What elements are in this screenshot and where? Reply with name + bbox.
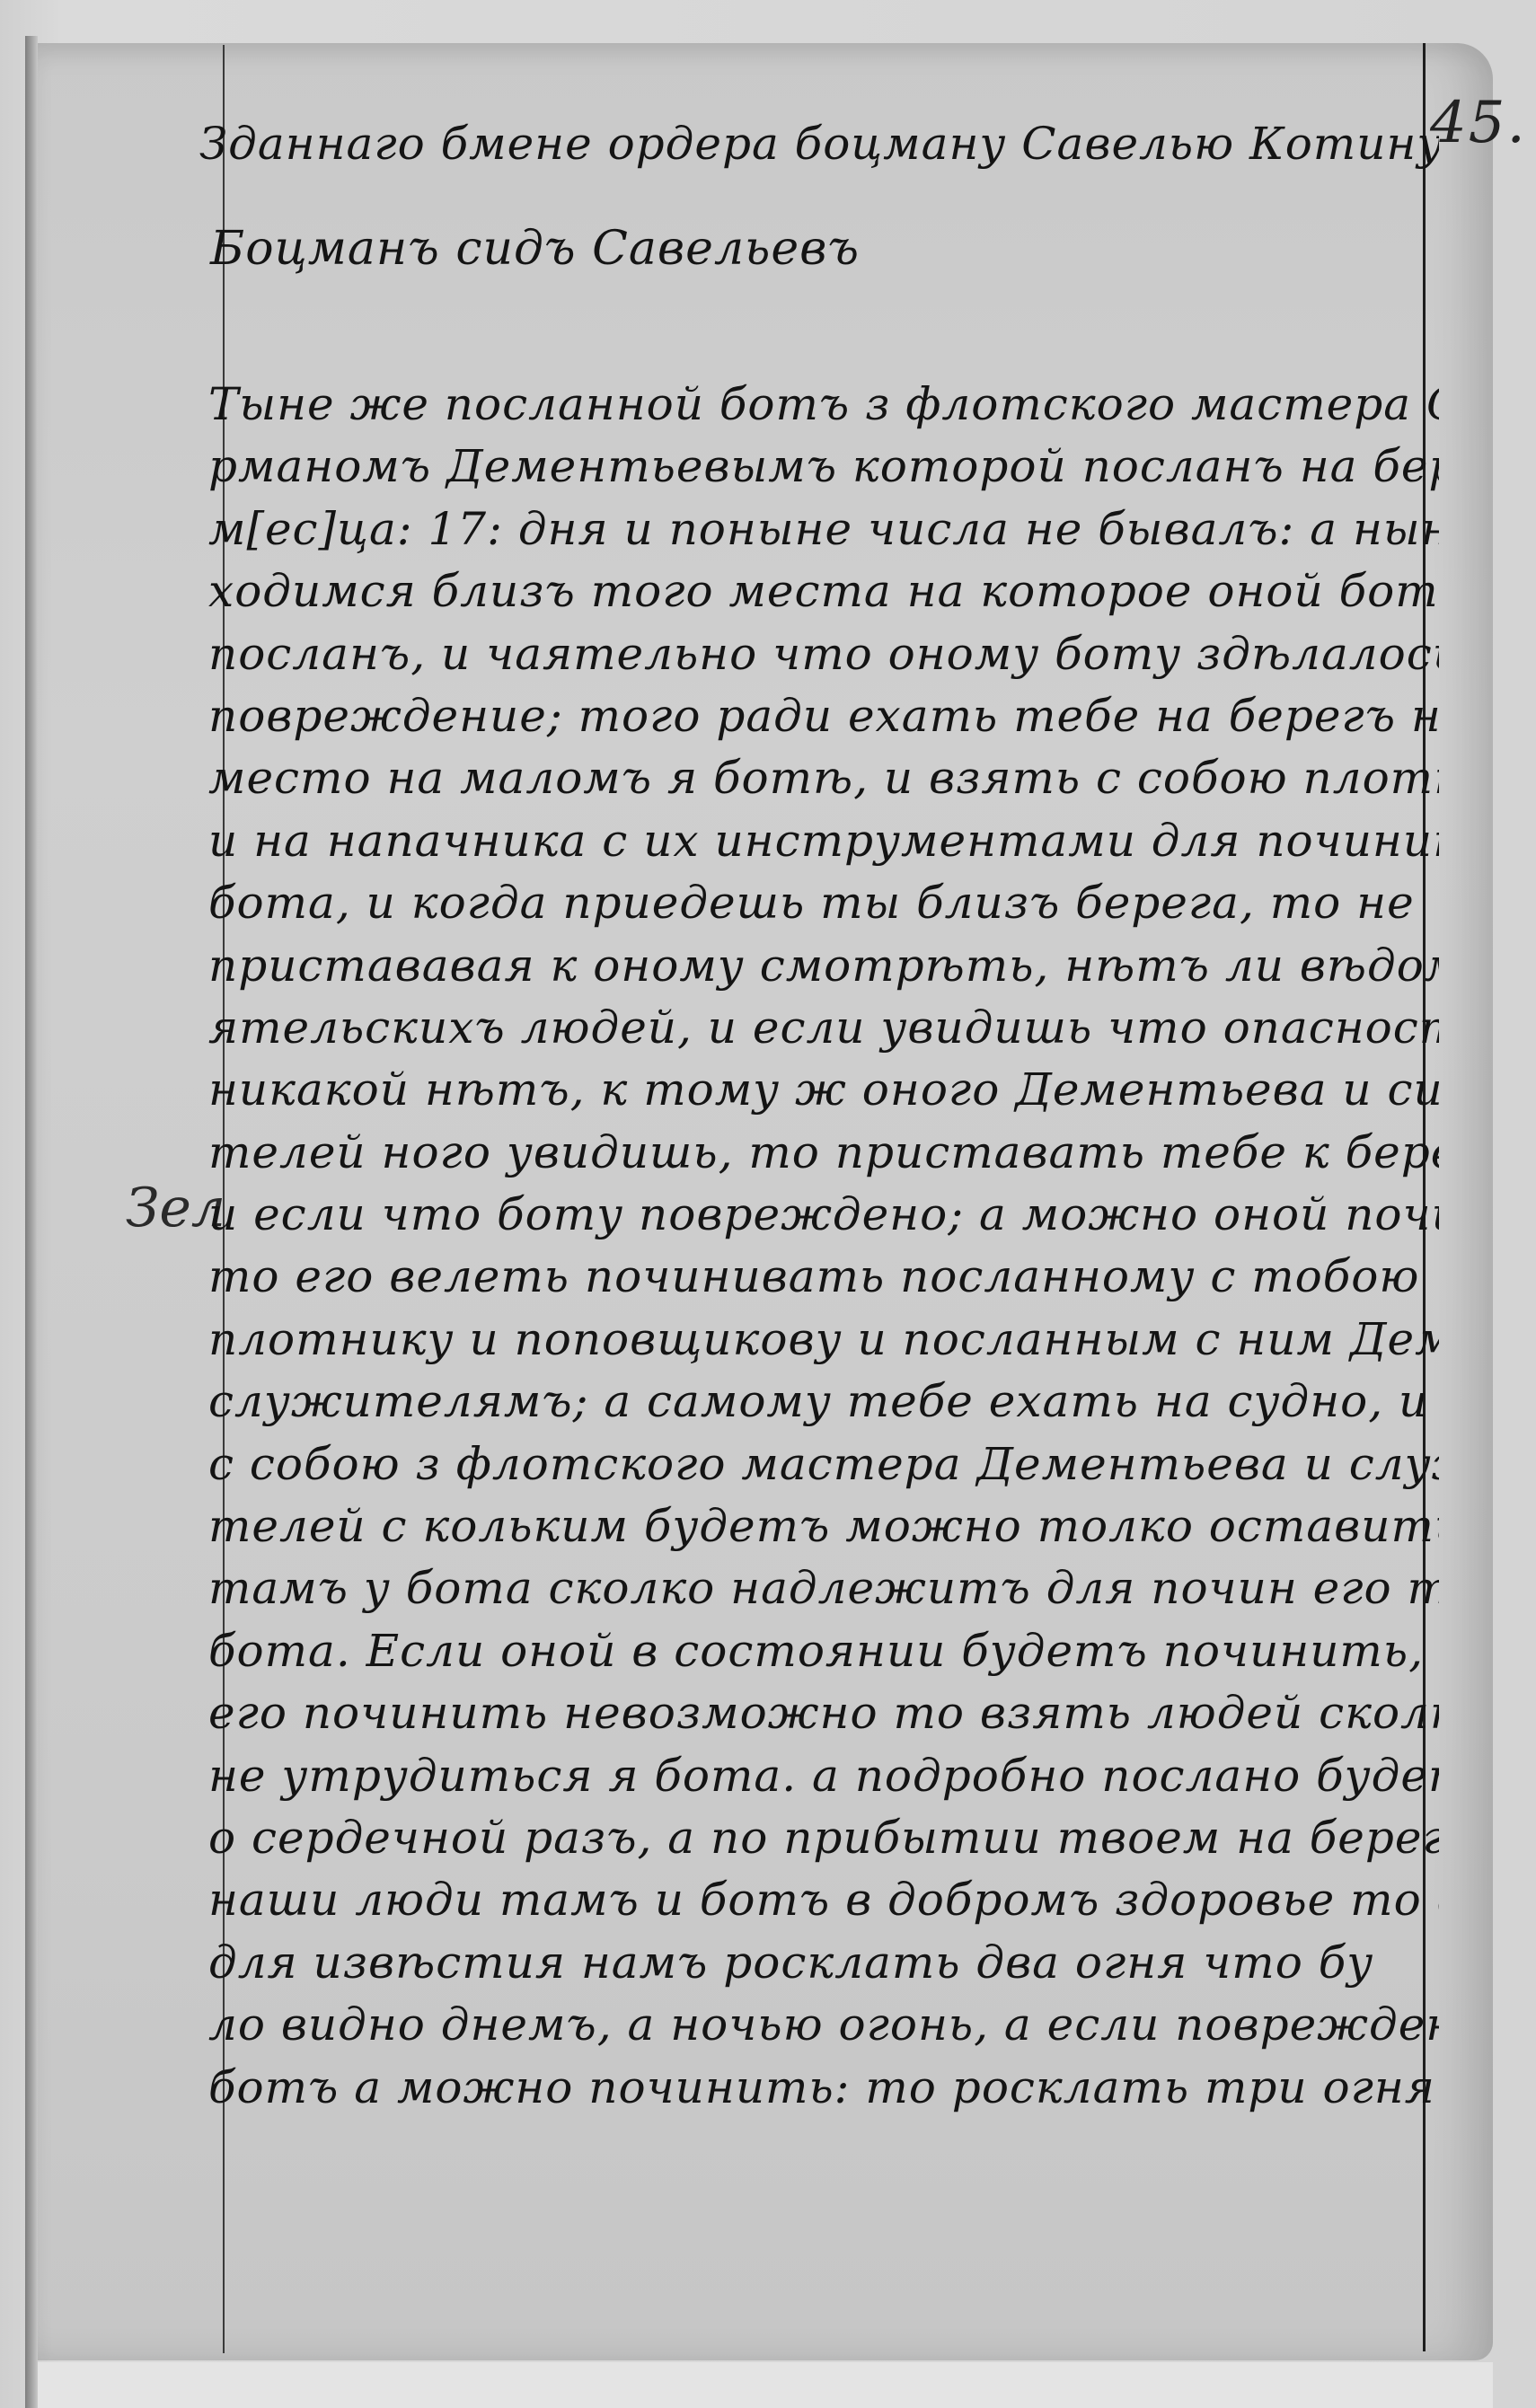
heading-line-1: Зданнаго бмене ордера боцману Савелью Ко…	[199, 106, 1439, 181]
page-number: 45.	[1430, 90, 1527, 156]
text-line: тамъ у бота сколко надлежитъ для почин е…	[199, 1557, 1439, 1619]
text-line: не утрудиться я бота. а подробно послано…	[199, 1745, 1439, 1807]
manuscript-text: Зданнаго бмене ордера боцману Савелью Ко…	[199, 106, 1439, 2119]
text-line: наши люди тамъ и ботъ в добромъ здоровье…	[199, 1869, 1439, 1931]
text-line: плотнику и поповщикову и посланным с ним…	[199, 1309, 1439, 1371]
text-line: ботъ а можно починить: то росклать три о…	[199, 2057, 1439, 2119]
text-line: рманомъ Дементьевымъ которой посланъ на …	[199, 436, 1439, 498]
text-line: никакой нѣтъ, к тому ж оного Дементьева …	[199, 1059, 1439, 1121]
text-line: то его велеть починивать посланному с то…	[199, 1246, 1439, 1308]
text-line: ятельскихъ людей, и если увидишь что опа…	[199, 997, 1439, 1059]
text-line: ло видно днемъ, а ночью огонь, а если по…	[199, 1994, 1439, 2056]
text-line: служителямъ; а самому тебе ехать на судн…	[199, 1371, 1439, 1433]
text-line: м[ес]ца: 17: дня и поныне числа не бывал…	[199, 498, 1439, 560]
text-line: его починить невозможно то взять людей с…	[199, 1682, 1439, 1744]
text-line: и на напачника с их инструментами для по…	[199, 810, 1439, 872]
text-line: Тыне же посланной ботъ з флотского масте…	[199, 374, 1439, 436]
body-text: Тыне же посланной ботъ з флотского масте…	[199, 374, 1439, 2119]
text-line: бота, и когда приедешь ты близъ берега, …	[199, 872, 1439, 934]
text-line: телей ного увидишь, то приставать тебе к…	[199, 1122, 1439, 1184]
text-line: повреждение; того ради ехать тебе на бер…	[199, 685, 1439, 747]
page-bottom-edge	[38, 2362, 1493, 2408]
text-line: посланъ, и чаятельно что оному боту здѣл…	[199, 623, 1439, 685]
text-line: о сердечной разъ, а по прибытии твоем на…	[199, 1807, 1439, 1869]
text-line: бота. Если оной в состоянии будетъ почин…	[199, 1620, 1439, 1682]
text-line: для извѣстия намъ росклать два огня что …	[199, 1932, 1439, 1994]
text-line: место на маломъ я ботѣ, и взять с собою …	[199, 747, 1439, 809]
binding-edge	[25, 36, 38, 2408]
text-line: пристававая к оному смотрѣть, нѣтъ ли вѣ…	[199, 935, 1439, 997]
text-line: телей с кольким будетъ можно толко остав…	[199, 1495, 1439, 1557]
text-line: с собою з флотского мастера Дементьева и…	[199, 1433, 1439, 1495]
heading-line-2: Боцманъ сидъ Савельевъ	[199, 181, 1439, 343]
text-line: ходимся близъ того места на которое оной…	[199, 560, 1439, 622]
text-line: и если что боту повреждено; а можно оной…	[199, 1184, 1439, 1246]
